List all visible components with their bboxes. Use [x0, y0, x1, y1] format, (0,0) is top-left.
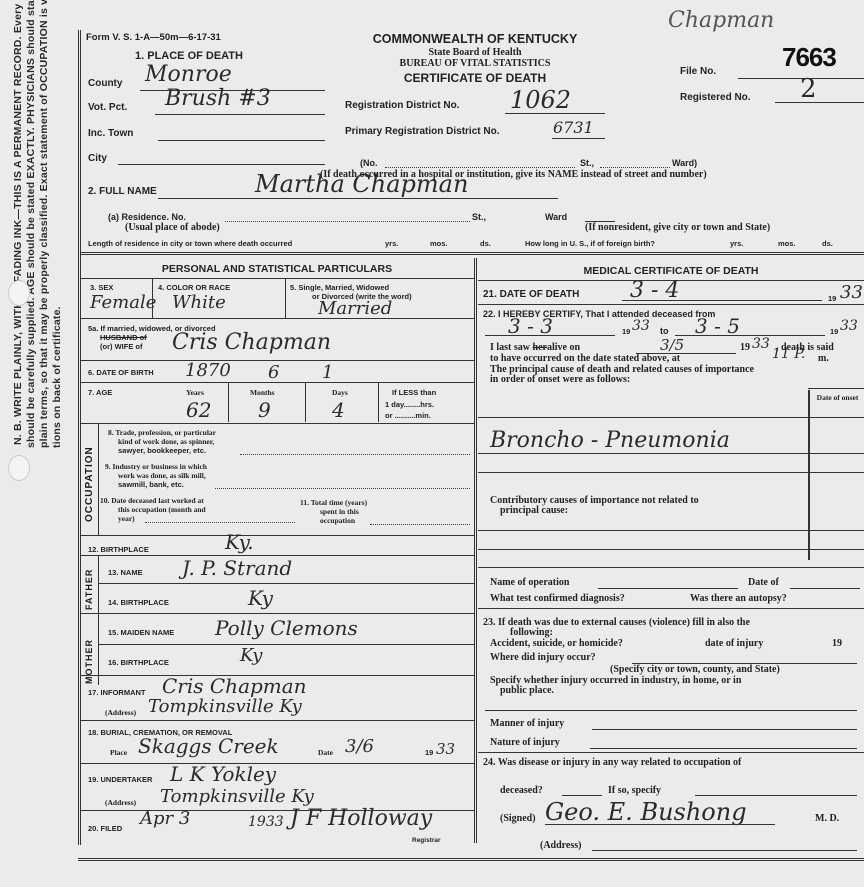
registrar-label: Registrar	[412, 836, 441, 845]
operation-label: Name of operation	[490, 577, 569, 588]
nonresident-note: (If nonresident, give city or town and S…	[585, 222, 770, 233]
place-of-death-heading: 1. PLACE OF DEATH	[135, 50, 243, 62]
punch-hole	[8, 280, 30, 306]
age-label: 7. AGE	[88, 388, 112, 397]
marital-label: 5. Single, Married, Widowed	[290, 283, 389, 292]
date-onset-column-rule	[808, 390, 810, 560]
deceased-label: deceased?	[500, 785, 543, 796]
last-saw-year: 33	[752, 336, 770, 352]
sex-label: 3. SEX	[90, 283, 113, 292]
medical-heading: MEDICAL CERTIFICATE OF DEATH	[478, 265, 864, 277]
vot-pct-label: Vot. Pct.	[88, 102, 127, 113]
specify-label-2: public place.	[500, 685, 554, 696]
dod-year: 33	[840, 282, 863, 303]
spouse-value: Cris Chapman	[172, 330, 331, 355]
wife-of-label: (or) WIFE of	[100, 342, 143, 351]
m-label: m.	[818, 353, 829, 364]
nature-label: Nature of injury	[490, 737, 560, 748]
attend-from: 3 - 3	[508, 314, 553, 338]
principal-cause-label-2: in order of onset were as follows:	[490, 374, 630, 385]
md-label: M. D.	[815, 813, 839, 824]
registered-no-label: Registered No.	[680, 92, 751, 103]
no-label: (No.	[360, 158, 378, 168]
personal-heading: PERSONAL AND STATISTICAL PARTICULARS	[80, 263, 474, 275]
if-so-label: If so, specify	[608, 785, 661, 796]
manner-label: Manner of injury	[490, 718, 564, 729]
industry-label-2: work was done, as silk mill,	[118, 471, 206, 480]
attend-to-year: 33	[840, 318, 858, 334]
years-label: Years	[186, 388, 204, 397]
birthplace-value: Ky.	[225, 530, 254, 554]
burial-date-label: Date	[318, 748, 333, 757]
death-certificate: N. B. WRITE PLAINLY, WITH UNFADING INK—T…	[0, 0, 864, 887]
marital-value: Married	[318, 298, 392, 319]
husband-of-label: HUSBAND of	[100, 333, 147, 342]
registration-district-label: Registration District No.	[345, 100, 459, 111]
undertaker-address-value: Tompkinsville Ky	[160, 786, 314, 807]
date-onset-label: Date of onset	[815, 393, 860, 402]
attend-from-year-prefix: 19	[622, 327, 630, 336]
burial-date-value: 3/6	[345, 736, 374, 757]
filed-date: Apr 3	[140, 808, 190, 829]
bureau: BUREAU OF VITAL STATISTICS	[330, 58, 620, 69]
autopsy-label: Was there an autopsy?	[690, 593, 787, 604]
burial-year-prefix: 19	[425, 748, 433, 757]
file-number-stamp: 7663	[782, 42, 836, 73]
board-of-health: State Board of Health	[330, 47, 620, 58]
age-years: 62	[186, 398, 211, 422]
margin-instructions-line3: plain terms, so that it may be properly …	[38, 0, 51, 448]
birthplace-label: 12. BIRTHPLACE	[88, 545, 149, 554]
to-label: to	[660, 326, 669, 336]
last-saw-label: I last saw heralive on	[490, 342, 580, 353]
annotation-surname: Chapman	[668, 8, 774, 33]
race-value: White	[172, 292, 226, 313]
residence-note: (Usual place of abode)	[125, 222, 220, 233]
father-name-label: 13. NAME	[108, 568, 143, 577]
last-worked-label-3: year)	[118, 514, 135, 523]
mother-birthplace-value: Ky	[240, 645, 262, 666]
mos-label: mos.	[778, 239, 796, 248]
signed-label: (Signed)	[500, 813, 536, 824]
last-saw-year-prefix: 19	[740, 342, 750, 353]
minutes-label: or ..........min.	[385, 411, 431, 420]
primary-district-label: Primary Registration District No.	[345, 126, 499, 137]
injury-date-label: date of injury	[705, 638, 763, 649]
attend-to-year-prefix: 19	[830, 327, 838, 336]
vot-pct-value: Brush #3	[165, 86, 271, 111]
dod-year-prefix: 19	[828, 294, 836, 303]
last-worked-label: 10. Date deceased last worked at	[100, 496, 204, 505]
dob-label: 6. DATE OF BIRTH	[88, 368, 154, 377]
undertaker-value: L K Yokley	[170, 762, 276, 786]
ward-label: Ward)	[672, 158, 697, 168]
file-no-label: File No.	[680, 66, 716, 77]
external-causes-label-2: following:	[510, 627, 553, 638]
residence-st-label: St.,	[472, 212, 486, 222]
mother-maiden-label: 15. MAIDEN NAME	[108, 628, 174, 637]
registered-no-value: 2	[800, 74, 817, 104]
state-title: COMMONWEALTH OF KENTUCKY	[330, 32, 620, 46]
father-birthplace-label: 14. BIRTHPLACE	[108, 598, 169, 607]
test-label: What test confirmed diagnosis?	[490, 593, 625, 604]
inc-town-label: Inc. Town	[88, 128, 133, 139]
registrar-signature: J F Holloway	[290, 806, 432, 831]
residence-label: (a) Residence. No.	[108, 212, 186, 222]
trade-label-3: sawyer, bookkeeper, etc.	[118, 446, 206, 455]
dod-value: 3 - 4	[630, 278, 679, 303]
less-than-label: If LESS than	[392, 388, 436, 397]
physician-signature: Geo. E. Bushong	[545, 798, 747, 826]
informant-value: Cris Chapman	[162, 674, 307, 698]
county-label: County	[88, 78, 122, 89]
column-divider	[474, 258, 477, 843]
days-label: Days	[332, 388, 348, 397]
burial-year-value: 33	[436, 740, 455, 758]
occupation-related-label: 24. Was disease or injury in any way rel…	[483, 757, 741, 768]
total-time-label: 11. Total time (years)	[300, 498, 367, 507]
occurred-label: to have occurred on the date stated abov…	[490, 353, 680, 364]
ds-label: ds.	[822, 239, 833, 248]
sex-value: Female	[90, 292, 156, 313]
margin-instructions-line4: tions on back of certificate.	[51, 306, 64, 448]
margin-instructions-top: N. B. WRITE PLAINLY, WITH UNFADING INK—T…	[12, 0, 25, 445]
punch-hole	[8, 455, 30, 481]
cause-of-death: Broncho - Pneumonia	[490, 428, 730, 453]
accident-label: Accident, suicide, or homicide?	[490, 638, 623, 649]
dob-month: 6	[268, 362, 279, 383]
county-value: Monroe	[145, 62, 232, 87]
certificate-title: CERTIFICATE OF DEATH	[330, 71, 620, 85]
city-label: City	[88, 153, 107, 164]
mother-side-label: MOTHER	[84, 639, 94, 684]
father-side-label: FATHER	[84, 569, 94, 610]
residence-ward-label: Ward	[545, 212, 567, 222]
mother-maiden-value: Polly Clemons	[215, 616, 358, 640]
last-saw-date: 3/5	[660, 336, 684, 354]
bottom-rule	[78, 858, 864, 861]
injury-year-prefix: 19	[832, 638, 842, 649]
race-label: 4. COLOR OR RACE	[158, 283, 230, 292]
time-of-death: 11 P.	[772, 346, 805, 362]
age-months: 9	[258, 398, 271, 422]
dob-year: 1870	[185, 360, 231, 381]
contributory-label-2: principal cause:	[500, 505, 568, 516]
mother-birthplace-label: 16. BIRTHPLACE	[108, 658, 169, 667]
yrs-label: yrs.	[730, 239, 743, 248]
attend-from-year: 33	[632, 318, 650, 334]
margin-instructions-line2: should be carefully supplied. AGE should…	[25, 0, 38, 448]
filed-year: 1933	[248, 814, 284, 830]
dod-label: 21. DATE OF DEATH	[483, 289, 579, 300]
yrs-label: yrs.	[385, 239, 398, 248]
occupation-side-label: OCCUPATION	[84, 446, 95, 522]
industry-label: 9. Industry or business in which	[105, 462, 207, 471]
burial-place-label: Place	[110, 748, 127, 757]
foreign-birth-label: How long in U. S., if of foreign birth?	[525, 239, 655, 248]
total-time-label-2: spent in this	[320, 507, 359, 516]
burial-place-value: Skaggs Creek	[138, 734, 279, 758]
attend-to: 3 - 5	[695, 314, 740, 338]
st-label: St.,	[580, 158, 594, 168]
trade-label-2: kind of work done, as spinner,	[118, 437, 214, 446]
form-id: Form V. S. 1-A—50m—6-17-31	[86, 32, 221, 43]
specify-note: (Specify city or town, county, and State…	[610, 664, 780, 675]
date-of-label: Date of	[748, 577, 779, 588]
months-label: Months	[250, 388, 275, 397]
age-days: 4	[332, 398, 345, 422]
total-time-label-3: occupation	[320, 516, 355, 525]
filed-label: 20. FILED	[88, 824, 122, 833]
hours-label: 1 day........hrs.	[385, 400, 434, 409]
trade-label: 8. Trade, profession, or particular	[108, 428, 216, 437]
undertaker-address-label: (Address)	[105, 798, 136, 807]
full-name-label: 2. FULL NAME	[88, 186, 157, 197]
mos-label: mos.	[430, 239, 448, 248]
registration-district-value: 1062	[510, 86, 571, 114]
father-birthplace-value: Ky	[248, 586, 273, 610]
informant-address-value: Tompkinsville Ky	[148, 696, 302, 717]
industry-label-3: sawmill, bank, etc.	[118, 480, 184, 489]
primary-district-value: 6731	[553, 118, 594, 137]
dob-day: 1	[322, 362, 333, 383]
informant-label: 17. INFORMANT	[88, 688, 146, 697]
undertaker-label: 19. UNDERTAKER	[88, 775, 152, 784]
informant-address-label: (Address)	[105, 708, 136, 717]
length-residence-label: Length of residence in city or town wher…	[88, 239, 292, 248]
last-worked-label-2: this occupation (month and	[118, 505, 206, 514]
full-name-value: Martha Chapman	[255, 170, 468, 198]
physician-address-label: (Address)	[540, 840, 581, 851]
father-name-value: J. P. Strand	[182, 556, 292, 580]
ds-label: ds.	[480, 239, 491, 248]
where-label: Where did injury occur?	[490, 652, 596, 663]
